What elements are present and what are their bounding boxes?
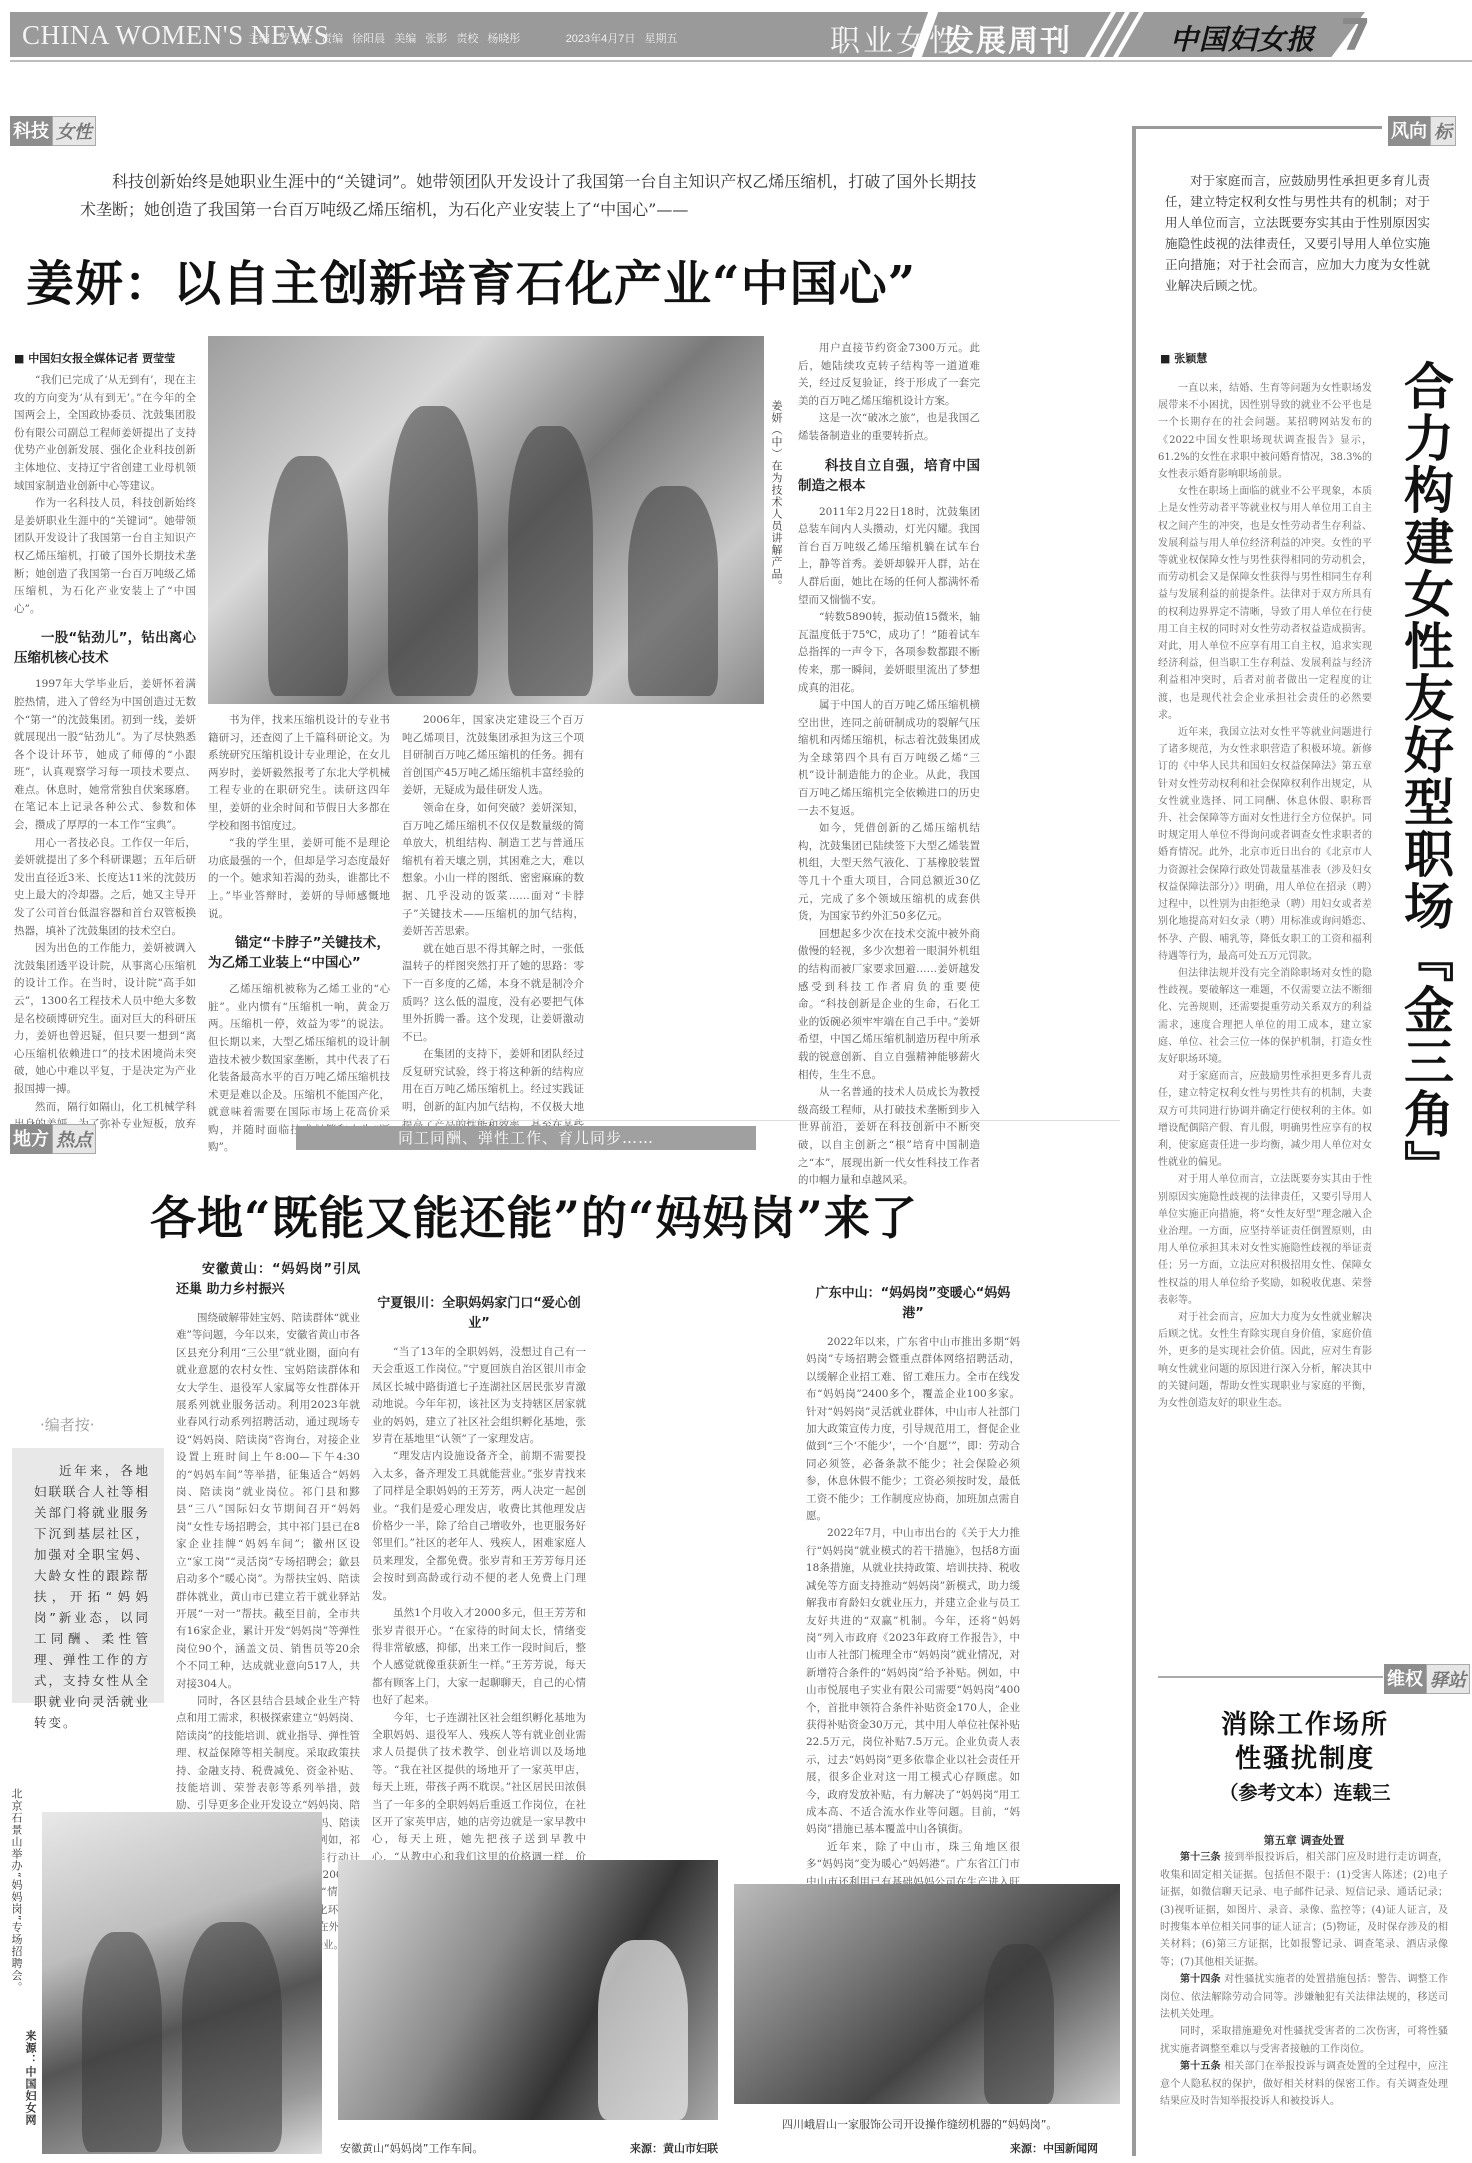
article-label: 第十四条 (1180, 1974, 1221, 1985)
article1-column-1: “我们已完成了‘从无到有’，现在主攻的方向变为‘从有到无’。”在今年的全国两会上… (14, 372, 196, 1151)
photo3-source: 来源：中国新闻网 (1010, 2140, 1098, 2156)
paragraph: 一直以来，结婚、生育等问题为女性职场发展带来不小困扰，因性别导致的就业不公平也是… (1158, 380, 1372, 483)
sidebar-pull-quote: 对于家庭而言，应鼓励男性承担更多育儿责任，建立特定权利女性与男性共有的机制；对于… (1165, 170, 1430, 296)
paragraph: 如今，凭借创新的乙烯压缩机结构，沈鼓集团已陆续签下大型乙烯装置机组，大型天然气液… (798, 820, 980, 926)
paragraph: 书为伴，找来压缩机设计的专业书籍研习，还查阅了上千篇科研论文。为系统研究压缩机设… (208, 712, 390, 835)
masthead: CHINA WOMEN'S NEWS 主编 罗文胜 责编 徐阳晨 美编 张影 责… (10, 12, 1472, 58)
paragraph: 同时，采取措施避免对性骚扰受害者的二次伤害，可将性骚扰实施者调整至难以与受害者接… (1160, 2023, 1448, 2058)
page-number: 7 (1340, 10, 1371, 61)
section-tag-rights-station: 维权 驿站 (1384, 1664, 1470, 1694)
rights-title-line-3: （参考文本）连载三 (1160, 1776, 1450, 1810)
rights-title: 消除工作场所 性骚扰制度 （参考文本）连载三 (1160, 1708, 1450, 1810)
paragraph: 围绕破解带娃宝妈、陪读群体“就业难”等问题，今年以来，安徽省黄山市各区县充分利用… (176, 1310, 360, 1693)
section-tag-tech-women: 科技 女性 (10, 116, 96, 146)
article1-photo (208, 336, 764, 704)
editor-note-label: ·编者按· (40, 1414, 95, 1435)
article2-subhead-anhui: 安徽黄山：“妈妈岗”引凤还巢 助力乡村振兴 (176, 1260, 360, 1300)
paragraph: 2011年2月22日18时，沈鼓集团总装车间内人头攒动，灯光闪耀。我国首台百万吨… (798, 504, 980, 610)
article2-subhead-ningxia: 宁夏银川：全职妈妈家门口“爱心创业” (372, 1294, 586, 1334)
paragraph: “转数5890转，振动值15微米，轴瓦温度低于75℃，成功了！”随着试车总指挥的… (798, 609, 980, 697)
paragraph: 但法律法规并没有完全消除职场对女性的隐性歧视。要破解这一难题，不仅需要立法不断细… (1158, 965, 1372, 1068)
article1-column-4: 用户直接节约资金7300万元。此后，她陆续攻克转子结构等一道道难关，经过反复验证… (798, 340, 980, 1190)
paragraph: “理发店内设施设备齐全，前期不需要投入太多，备齐理发工具就能营业。”张岁青找来了… (372, 1448, 586, 1605)
paragraph: 用心一者技必良。工作仅一年后，姜妍就提出了多个科研课题；五年后研发出直径近3米、… (14, 835, 196, 941)
decorative-slashes (1090, 12, 1150, 57)
sidebar-vertical-headline: 合力构建女性友好型职场『金三角』 (1395, 360, 1455, 1192)
paragraph: 对于社会而言，应加大力度为女性就业解决后顾之忧。女性生育除实现自身价值，家庭价值… (1158, 1309, 1372, 1412)
paragraph: 回想起多少次在技术交流中被外商傲慢的轻视，多少次想着一眼洞外机组的结构而被厂家要… (798, 926, 980, 1084)
section-name: 职业女性 (830, 16, 962, 60)
paragraph: 作为一名科技人员，科技创新始终是姜妍职业生涯中的“关键词”。她带领团队开发设计了… (14, 495, 196, 618)
tag-part-a: 风向 (1388, 116, 1430, 146)
sidebar-frame-top (1132, 126, 1382, 129)
section-tag-local-hotspot: 地方 热点 (10, 1124, 96, 1154)
sidebar-frame-left (1132, 126, 1136, 2156)
tag-part-b: 驿站 (1426, 1664, 1470, 1694)
section-tag-weathervane: 风向 标 (1388, 116, 1456, 146)
article1-subhead-1: 一股“钻劲儿”，钻出离心压缩机核心技术 (14, 628, 196, 668)
paragraph: 近年来，我国立法对女性平等就业问题进行了诸多规范，为女性求职营造了积极环境。新修… (1158, 724, 1372, 965)
paragraph: “我们已完成了‘从无到有’，现在主攻的方向变为‘从有到无’。”在今年的全国两会上… (14, 372, 196, 495)
staff-and-date: 主编 罗文胜 责编 徐阳晨 美编 张影 责校 杨晓彤 2023年4月7日 星期五 (248, 30, 677, 46)
paragraph: “当了13年的全职妈妈，没想过自己有一天会重返工作岗位。”宁夏回族自治区银川市金… (372, 1344, 586, 1448)
paragraph: 女性在职场上面临的就业不公平现象，本质上是女性劳动者平等就业权与用人单位用工自主… (1158, 483, 1372, 724)
sidebar-divider (1158, 1676, 1383, 1678)
paragraph: 因为出色的工作能力，姜妍被调入沈鼓集团透平设计院，从事离心压缩机的设计工作。在当… (14, 940, 196, 1098)
article2-banner: 同工同酬、弹性工作、育儿同步…… (296, 1126, 756, 1150)
paragraph: 属于中国人的百万吨乙烯压缩机横空出世，连同之前研制成功的裂解气压缩机和丙烯压缩机… (798, 697, 980, 820)
tag-part-a: 科技 (10, 116, 52, 146)
paragraph: 从一名普通的技术人员成长为教授级高级工程师，从打破技术垄断到步入世界前沿，姜妍在… (798, 1084, 980, 1190)
issue-date: 2023年4月7日 星期五 (566, 33, 678, 45)
photo2-caption: 安徽黄山“妈妈岗”工作车间。 (340, 2140, 483, 2156)
paragraph: 就在她百思不得其解之时，一张低温转子的样图突然打开了她的思路：零下一百多度的乙烯… (402, 941, 584, 1047)
tag-part-a: 地方 (10, 1124, 52, 1154)
photo-emeishan-sewing (734, 1884, 1120, 2104)
article1-column-2: 书为伴，找来压缩机设计的专业书籍研习，还查阅了上千篇科研论文。为系统研究压缩机设… (208, 712, 390, 1157)
article-label: 第十三条 (1180, 1852, 1221, 1863)
article1-column-3: 2006年，国家决定建设三个百万吨乙烯项目，沈鼓集团承担为这三个项目研制百万吨乙… (402, 712, 584, 1152)
article-label: 第十五条 (1180, 2061, 1221, 2072)
editor-note: 近年来，各地妇联联合人社等相关部门将就业服务下沉到基层社区，加强对全职宝妈、大龄… (12, 1448, 164, 1703)
paragraph: 2006年，国家决定建设三个百万吨乙烯项目，沈鼓集团承担为这三个项目研制百万吨乙… (402, 712, 584, 800)
article1-photo-caption: 姜妍（中）在为技术人员讲解产品。 (768, 400, 784, 660)
paragraph: 2022年7月，中山市出台的《关于大力推行“妈妈岗”就业模式的若干措施》，包括8… (806, 1525, 1020, 1838)
article2-headline: 各地“既能又能还能”的“妈妈岗”来了 (150, 1182, 918, 1248)
masthead-rule (10, 60, 1472, 62)
paragraph: 虽然1个月收入才2000多元，但王芳芳和张岁青很开心。“在家待的时间太长，情绪变… (372, 1605, 586, 1709)
article1-byline: 中国妇女报全媒体记者 贾莹莹 (14, 350, 175, 366)
paragraph: 领命在身，如何突破？姜妍深知，百万吨乙烯压缩机不仅仅是数量级的简单放大，机组结构… (402, 800, 584, 941)
banner-rule (300, 1120, 1120, 1121)
paragraph: 对于家庭而言，应鼓励男性承担更多育儿责任，建立特定权利女性与男性共有的机制，夫妻… (1158, 1068, 1372, 1171)
rights-title-line-1: 消除工作场所 (1160, 1708, 1450, 1742)
supplement-name: 发展周刊 (944, 16, 1072, 60)
article1-subhead-2: 锚定“卡脖子”关键技术，为乙烯工业装上“中国心” (208, 933, 390, 973)
photo-huangshan-workshop (338, 1860, 718, 2120)
article1-deck: 科技创新始终是她职业生涯中的“关键词”。她带领团队开发设计了我国第一台自主知识产… (80, 168, 980, 224)
photo1-source: 来源：中国妇女网 (22, 2030, 38, 2160)
article1-subhead-3: 科技自立自强，培育中国制造之根本 (798, 456, 980, 496)
tag-part-b: 女性 (52, 116, 96, 146)
rights-regulation-text: 第五章 调查处置 第十三条 接到举报投诉后，相关部门应及时进行走访调查，收集和固… (1160, 1832, 1448, 2111)
chapter-heading: 第五章 调查处置 (1160, 1832, 1448, 1849)
paragraph: 这是一次“破冰之旅”，也是我国乙烯装备制造业的重要转折点。 (798, 410, 980, 445)
article-14: 第十四条 对性骚扰实施者的处置措施包括：警告、调整工作岗位、依法解除劳动合同等。… (1160, 1971, 1448, 2023)
article1-headline: 姜妍：以自主创新培育石化产业“中国心” (26, 245, 916, 314)
article-text: 接到举报投诉后，相关部门应及时进行走访调查，收集和固定相关证据。包括但不限于：(… (1160, 1852, 1448, 1967)
photo-beijing-job-fair (42, 1812, 322, 2154)
article-15: 第十五条 相关部门在举报投诉与调查处置的全过程中，应注意个人隐私权的保护，做好相… (1160, 2058, 1448, 2110)
staff-list: 主编 罗文胜 责编 徐阳晨 美编 张影 责校 杨晓彤 (248, 33, 520, 45)
tag-part-b: 标 (1430, 116, 1456, 146)
photo2-source: 来源：黄山市妇联 (630, 2140, 718, 2156)
paragraph: 1997年大学毕业后，姜妍怀着满腔热情，进入了曾经为中国创造过无数个“第一”的沈… (14, 676, 196, 834)
paragraph: “我的学生里，姜妍可能不是理论功底最强的一个，但却是学习态度最好的一个。她求知若… (208, 835, 390, 923)
newspaper-logo: 中国妇女报 (1170, 18, 1315, 58)
tag-part-b: 热点 (52, 1124, 96, 1154)
rights-title-line-2: 性骚扰制度 (1160, 1742, 1450, 1776)
photo3-caption: 四川峨眉山一家服饰公司开设操作缝纫机器的“妈妈岗”。 (760, 2116, 1120, 2132)
paragraph: 用户直接节约资金7300万元。此后，她陆续攻克转子结构等一道道难关，经过反复验证… (798, 340, 980, 410)
article-13: 第十三条 接到举报投诉后，相关部门应及时进行走访调查，收集和固定相关证据。包括但… (1160, 1849, 1448, 1971)
paragraph: 2022年以来，广东省中山市推出多期“妈妈岗”专场招聘会暨重点群体网络招聘活动，… (806, 1334, 1020, 1525)
sidebar-byline: 张颖慧 (1160, 350, 1207, 366)
sidebar-article-body: 一直以来，结婚、生育等问题为女性职场发展带来不小困扰，因性别导致的就业不公平也是… (1158, 380, 1372, 1412)
article2-subhead-guangdong: 广东中山：“妈妈岗”变暖心“妈妈港” (806, 1284, 1020, 1324)
tag-part-a: 维权 (1384, 1664, 1426, 1694)
paragraph: 对于用人单位而言，立法既要夯实其由于性别原因实施隐性歧视的法律责任，又要引导用人… (1158, 1171, 1372, 1309)
